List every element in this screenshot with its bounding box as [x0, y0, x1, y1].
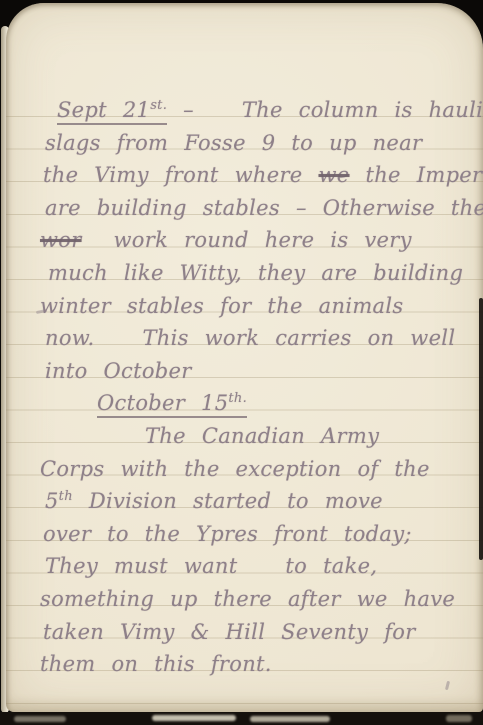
- crossed-out-word: wor: [40, 228, 82, 252]
- entry-date: Sept 21st.: [57, 98, 167, 125]
- handwritten-line: Sept 21st. – The column is hauling: [57, 94, 483, 127]
- handwritten-line: taken Vimy & Hill Seventy for: [43, 616, 416, 649]
- handwritten-line: over to the Ypres front today;: [43, 518, 412, 551]
- handwritten-line: now. This work carries on well: [45, 322, 455, 355]
- handwritten-line: into October: [45, 355, 192, 388]
- handwritten-line: are building stables – Otherwise the: [45, 192, 483, 225]
- handwritten-line: wor work round here is very: [40, 224, 412, 257]
- handwritten-line: something up there after we have: [40, 583, 455, 616]
- page-edge-highlight: [446, 715, 472, 722]
- handwritten-line: the Vimy front where we the Imperial: [43, 159, 483, 192]
- handwritten-line: much like Witty, they are building: [48, 257, 463, 290]
- handwritten-line: 5th Division started to move: [45, 485, 383, 518]
- crossed-out-word: we: [319, 163, 350, 187]
- page-right-edge-shadow: [479, 298, 483, 560]
- handwritten-line: them on this front.: [40, 648, 272, 681]
- notebook-page: Sept 21st. – The column is hauling slags…: [6, 3, 483, 712]
- handwritten-line: The Canadian Army: [145, 420, 379, 453]
- handwritten-line: They must want to take,: [45, 550, 377, 583]
- page-edge-highlight: [152, 715, 236, 721]
- entry-date: October 15th.: [97, 391, 247, 418]
- scan-bottom-gap: [0, 712, 483, 725]
- scanned-diary-page: { "colors": { "scan_background": "#0B090…: [0, 0, 483, 725]
- handwritten-line: slags from Fosse 9 to up near: [45, 127, 422, 160]
- page-edge-highlight: [14, 716, 66, 722]
- handwritten-line: Corps with the exception of the: [40, 453, 430, 486]
- handwritten-line: October 15th.: [97, 387, 247, 420]
- handwritten-line: winter stables for the animals: [40, 290, 403, 323]
- page-edge-highlight: [250, 716, 330, 722]
